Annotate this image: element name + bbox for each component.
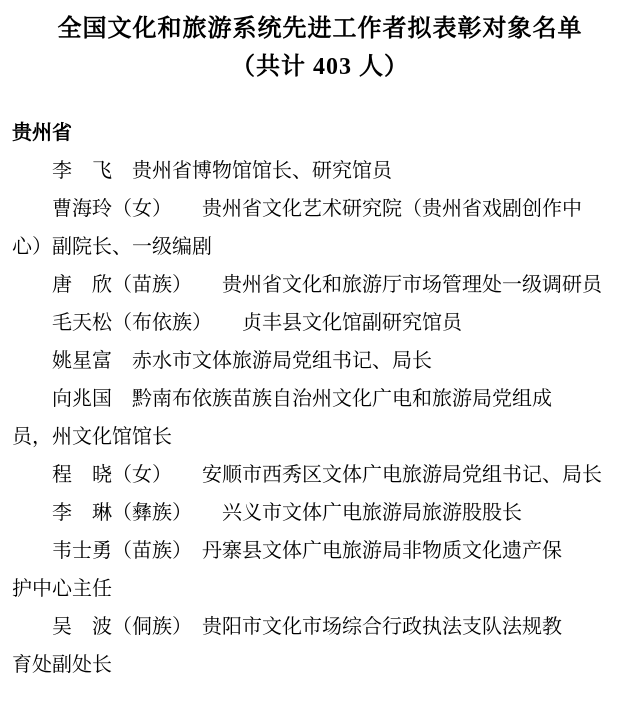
- entry: 姚星富 赤水市文体旅游局党组书记、局长: [12, 342, 628, 380]
- entry: 唐 欣（苗族） 贵州省文化和旅游厅市场管理处一级调研员: [12, 266, 628, 304]
- entry-line: 员，州文化馆馆长: [12, 418, 628, 456]
- entry: 毛天松（布依族） 贞丰县文化馆副研究馆员: [12, 304, 628, 342]
- entry: 吴 波（侗族） 贵阳市文化市场综合行政执法支队法规教 育处副处长: [12, 608, 628, 684]
- page-subtitle: （共计 403 人）: [0, 48, 640, 86]
- entry-line: 韦士勇（苗族） 丹寨县文体广电旅游局非物质文化遗产保: [12, 532, 628, 570]
- entry: 李 飞 贵州省博物馆馆长、研究馆员: [12, 152, 628, 190]
- page-title: 全国文化和旅游系统先进工作者拟表彰对象名单: [0, 10, 640, 48]
- entry-line: 育处副处长: [12, 646, 628, 684]
- entry: 韦士勇（苗族） 丹寨县文体广电旅游局非物质文化遗产保 护中心主任: [12, 532, 628, 608]
- document-page: 全国文化和旅游系统先进工作者拟表彰对象名单 （共计 403 人） 贵州省 李 飞…: [0, 0, 640, 703]
- entry-line: 护中心主任: [12, 570, 628, 608]
- entry: 李 琳（彝族） 兴义市文体广电旅游局旅游股股长: [12, 494, 628, 532]
- document-body: 贵州省 李 飞 贵州省博物馆馆长、研究馆员 曹海玲（女） 贵州省文化艺术研究院（…: [0, 114, 640, 684]
- entry-line: 吴 波（侗族） 贵阳市文化市场综合行政执法支队法规教: [12, 608, 628, 646]
- entry: 向兆国 黔南布依族苗族自治州文化广电和旅游局党组成 员，州文化馆馆长: [12, 380, 628, 456]
- entry-line: 李 飞 贵州省博物馆馆长、研究馆员: [12, 152, 628, 190]
- province-header: 贵州省: [12, 114, 628, 152]
- entry-line: 姚星富 赤水市文体旅游局党组书记、局长: [12, 342, 628, 380]
- entry-line: 心）副院长、一级编剧: [12, 228, 628, 266]
- entry: 曹海玲（女） 贵州省文化艺术研究院（贵州省戏剧创作中 心）副院长、一级编剧: [12, 190, 628, 266]
- entry-line: 毛天松（布依族） 贞丰县文化馆副研究馆员: [12, 304, 628, 342]
- entry-line: 李 琳（彝族） 兴义市文体广电旅游局旅游股股长: [12, 494, 628, 532]
- entry-line: 唐 欣（苗族） 贵州省文化和旅游厅市场管理处一级调研员: [12, 266, 628, 304]
- entry-line: 曹海玲（女） 贵州省文化艺术研究院（贵州省戏剧创作中: [12, 190, 628, 228]
- entry-line: 程 晓（女） 安顺市西秀区文体广电旅游局党组书记、局长: [12, 456, 628, 494]
- entry: 程 晓（女） 安顺市西秀区文体广电旅游局党组书记、局长: [12, 456, 628, 494]
- entry-line: 向兆国 黔南布依族苗族自治州文化广电和旅游局党组成: [12, 380, 628, 418]
